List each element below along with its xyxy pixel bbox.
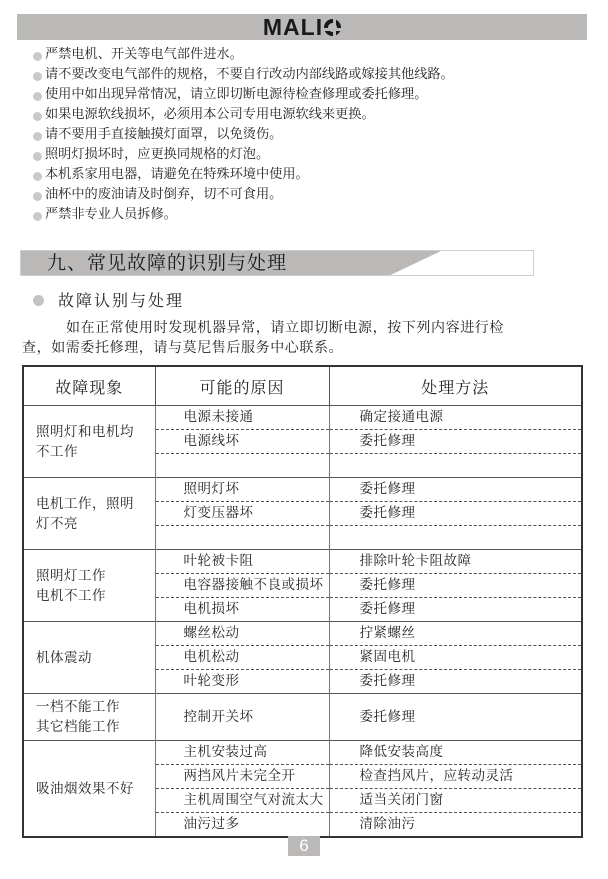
header-symptom: 故障现象 [23,366,155,406]
symptom-line: 其它档能工作 [36,717,155,737]
bullet-icon [33,52,42,61]
note-text: 请不要用手直接触摸灯面罩，以免烫伤。 [45,127,282,142]
symptom-line: 不工作 [36,442,155,462]
note-text: 严禁非专业人员拆修。 [45,207,177,222]
fix-cell: 排除叶轮卡阻故障 [329,550,582,574]
list-item: 严禁非专业人员拆修。 [30,205,454,225]
list-item: 油杯中的废油请及时倒弃，切不可食用。 [30,185,454,205]
cause-cell: 电机松动 [155,646,329,670]
cause-cell: 灯变压器坏 [155,502,329,526]
list-item: 本机系家用电器，请避免在特殊环境中使用。 [30,165,454,185]
fix-cell: 拧紧螺丝 [329,622,582,646]
fix-cell [329,526,582,550]
fix-cell: 确定接通电源 [329,406,582,430]
cause-cell: 叶轮变形 [155,670,329,694]
note-text: 本机系家用电器，请避免在特殊环境中使用。 [45,167,309,182]
fix-cell: 委托修理 [329,502,582,526]
table-row: 吸油烟效果不好 主机安装过高 降低安装高度 [23,741,582,765]
symptom-line: 照明灯和电机均 [36,422,155,442]
intro-paragraph: 如在正常使用时发现机器异常，请立即切断电源，按下列内容进行检 查，如需委托修理，… [22,318,588,358]
bullet-icon [33,92,42,101]
symptom-cell: 一档不能工作其它档能工作 [23,694,155,741]
brand-header-bar: MALI [17,14,587,40]
symptom-line: 灯不亮 [36,514,155,534]
fix-cell [329,454,582,478]
bullet-icon [33,295,44,306]
note-text: 油杯中的废油请及时倒弃，切不可食用。 [45,187,282,202]
list-item: 严禁电机、开关等电气部件进水。 [30,45,454,65]
bullet-icon [33,132,42,141]
cause-cell: 油污过多 [155,813,329,838]
list-item: 如果电源软线损坏，必须用本公司专用电源软线来更换。 [30,105,454,125]
cause-cell: 螺丝松动 [155,622,329,646]
cause-cell: 电源线坏 [155,430,329,454]
subsection-heading: 故障认别与处理 [33,290,184,312]
fix-cell: 清除油污 [329,813,582,838]
cause-cell: 电源未接通 [155,406,329,430]
note-text: 如果电源软线损坏，必须用本公司专用电源软线来更换。 [45,107,375,122]
header-fix: 处理方法 [329,366,582,406]
cause-cell: 主机安装过高 [155,741,329,765]
section-heading-bar: 九、常见故障的识别与处理 [20,250,534,276]
safety-notes-list: 严禁电机、开关等电气部件进水。 请不要改变电气部件的规格，不要自行改动内部线路或… [30,45,454,225]
bullet-icon [33,152,42,161]
list-item: 请不要用手直接触摸灯面罩，以免烫伤。 [30,125,454,145]
symptom-line: 电机工作，照明 [36,494,155,514]
intro-line-1: 如在正常使用时发现机器异常，请立即切断电源，按下列内容进行检 [22,318,588,338]
fix-cell: 委托修理 [329,670,582,694]
bullet-icon [33,112,42,121]
symptom-line: 一档不能工作 [36,697,155,717]
bullet-icon [33,72,42,81]
cause-cell [155,454,329,478]
cause-cell: 叶轮被卡阻 [155,550,329,574]
cause-cell: 电容器接触不良或损坏 [155,574,329,598]
bullet-icon [33,192,42,201]
symptom-line: 机体震动 [36,648,155,668]
cause-cell: 照明灯坏 [155,478,329,502]
cause-cell: 电机损坏 [155,598,329,622]
fix-cell: 适当关闭门窗 [329,789,582,813]
section-title: 九、常见故障的识别与处理 [47,251,287,275]
fix-cell: 委托修理 [329,694,582,741]
table-row: 机体震动 螺丝松动 拧紧螺丝 [23,622,582,646]
list-item: 照明灯损坏时，应更换同规格的灯泡。 [30,145,454,165]
symptom-cell: 照明灯和电机均不工作 [23,406,155,478]
brand-name: MALI [263,14,323,40]
note-text: 照明灯损坏时，应更换同规格的灯泡。 [45,147,269,162]
fix-cell: 委托修理 [329,430,582,454]
list-item: 请不要改变电气部件的规格，不要自行改动内部线路或嫁接其他线路。 [30,65,454,85]
fix-cell: 委托修理 [329,598,582,622]
page-number: 6 [288,836,320,856]
fix-cell: 紧固电机 [329,646,582,670]
symptom-cell: 吸油烟效果不好 [23,741,155,838]
header-cause: 可能的原因 [155,366,329,406]
intro-line-2: 查，如需委托修理，请与莫尼售后服务中心联系。 [22,338,588,358]
note-text: 严禁电机、开关等电气部件进水。 [45,47,243,62]
table-row: 电机工作，照明灯不亮 照明灯坏 委托修理 [23,478,582,502]
note-text: 请不要改变电气部件的规格，不要自行改动内部线路或嫁接其他线路。 [45,67,454,82]
fix-cell: 检查挡风片，应转动灵活 [329,765,582,789]
table-row: 一档不能工作其它档能工作 控制开关坏 委托修理 [23,694,582,741]
symptom-line: 照明灯工作 [36,566,155,586]
logo-o-icon [324,19,341,36]
subsection-title: 故障认别与处理 [58,291,184,310]
cause-cell: 两挡风片未完全开 [155,765,329,789]
list-item: 使用中如出现异常情况，请立即切断电源待检查修理或委托修理。 [30,85,454,105]
troubleshooting-table: 故障现象 可能的原因 处理方法 照明灯和电机均不工作 电源未接通 确定接通电源 … [22,365,583,838]
symptom-cell: 照明灯工作电机不工作 [23,550,155,622]
cause-cell: 控制开关坏 [155,694,329,741]
table-row: 照明灯和电机均不工作 电源未接通 确定接通电源 [23,406,582,430]
fix-cell: 委托修理 [329,574,582,598]
table-header-row: 故障现象 可能的原因 处理方法 [23,366,582,406]
fix-cell: 委托修理 [329,478,582,502]
symptom-line: 吸油烟效果不好 [36,779,155,799]
fix-cell: 降低安装高度 [329,741,582,765]
symptom-cell: 机体震动 [23,622,155,694]
cause-cell: 主机周围空气对流太大 [155,789,329,813]
symptom-cell: 电机工作，照明灯不亮 [23,478,155,550]
note-text: 使用中如出现异常情况，请立即切断电源待检查修理或委托修理。 [45,87,427,102]
table-row: 照明灯工作电机不工作 叶轮被卡阻 排除叶轮卡阻故障 [23,550,582,574]
symptom-line: 电机不工作 [36,586,155,606]
bullet-icon [33,172,42,181]
brand-logo: MALI [17,14,587,40]
cause-cell [155,526,329,550]
bullet-icon [33,212,42,221]
